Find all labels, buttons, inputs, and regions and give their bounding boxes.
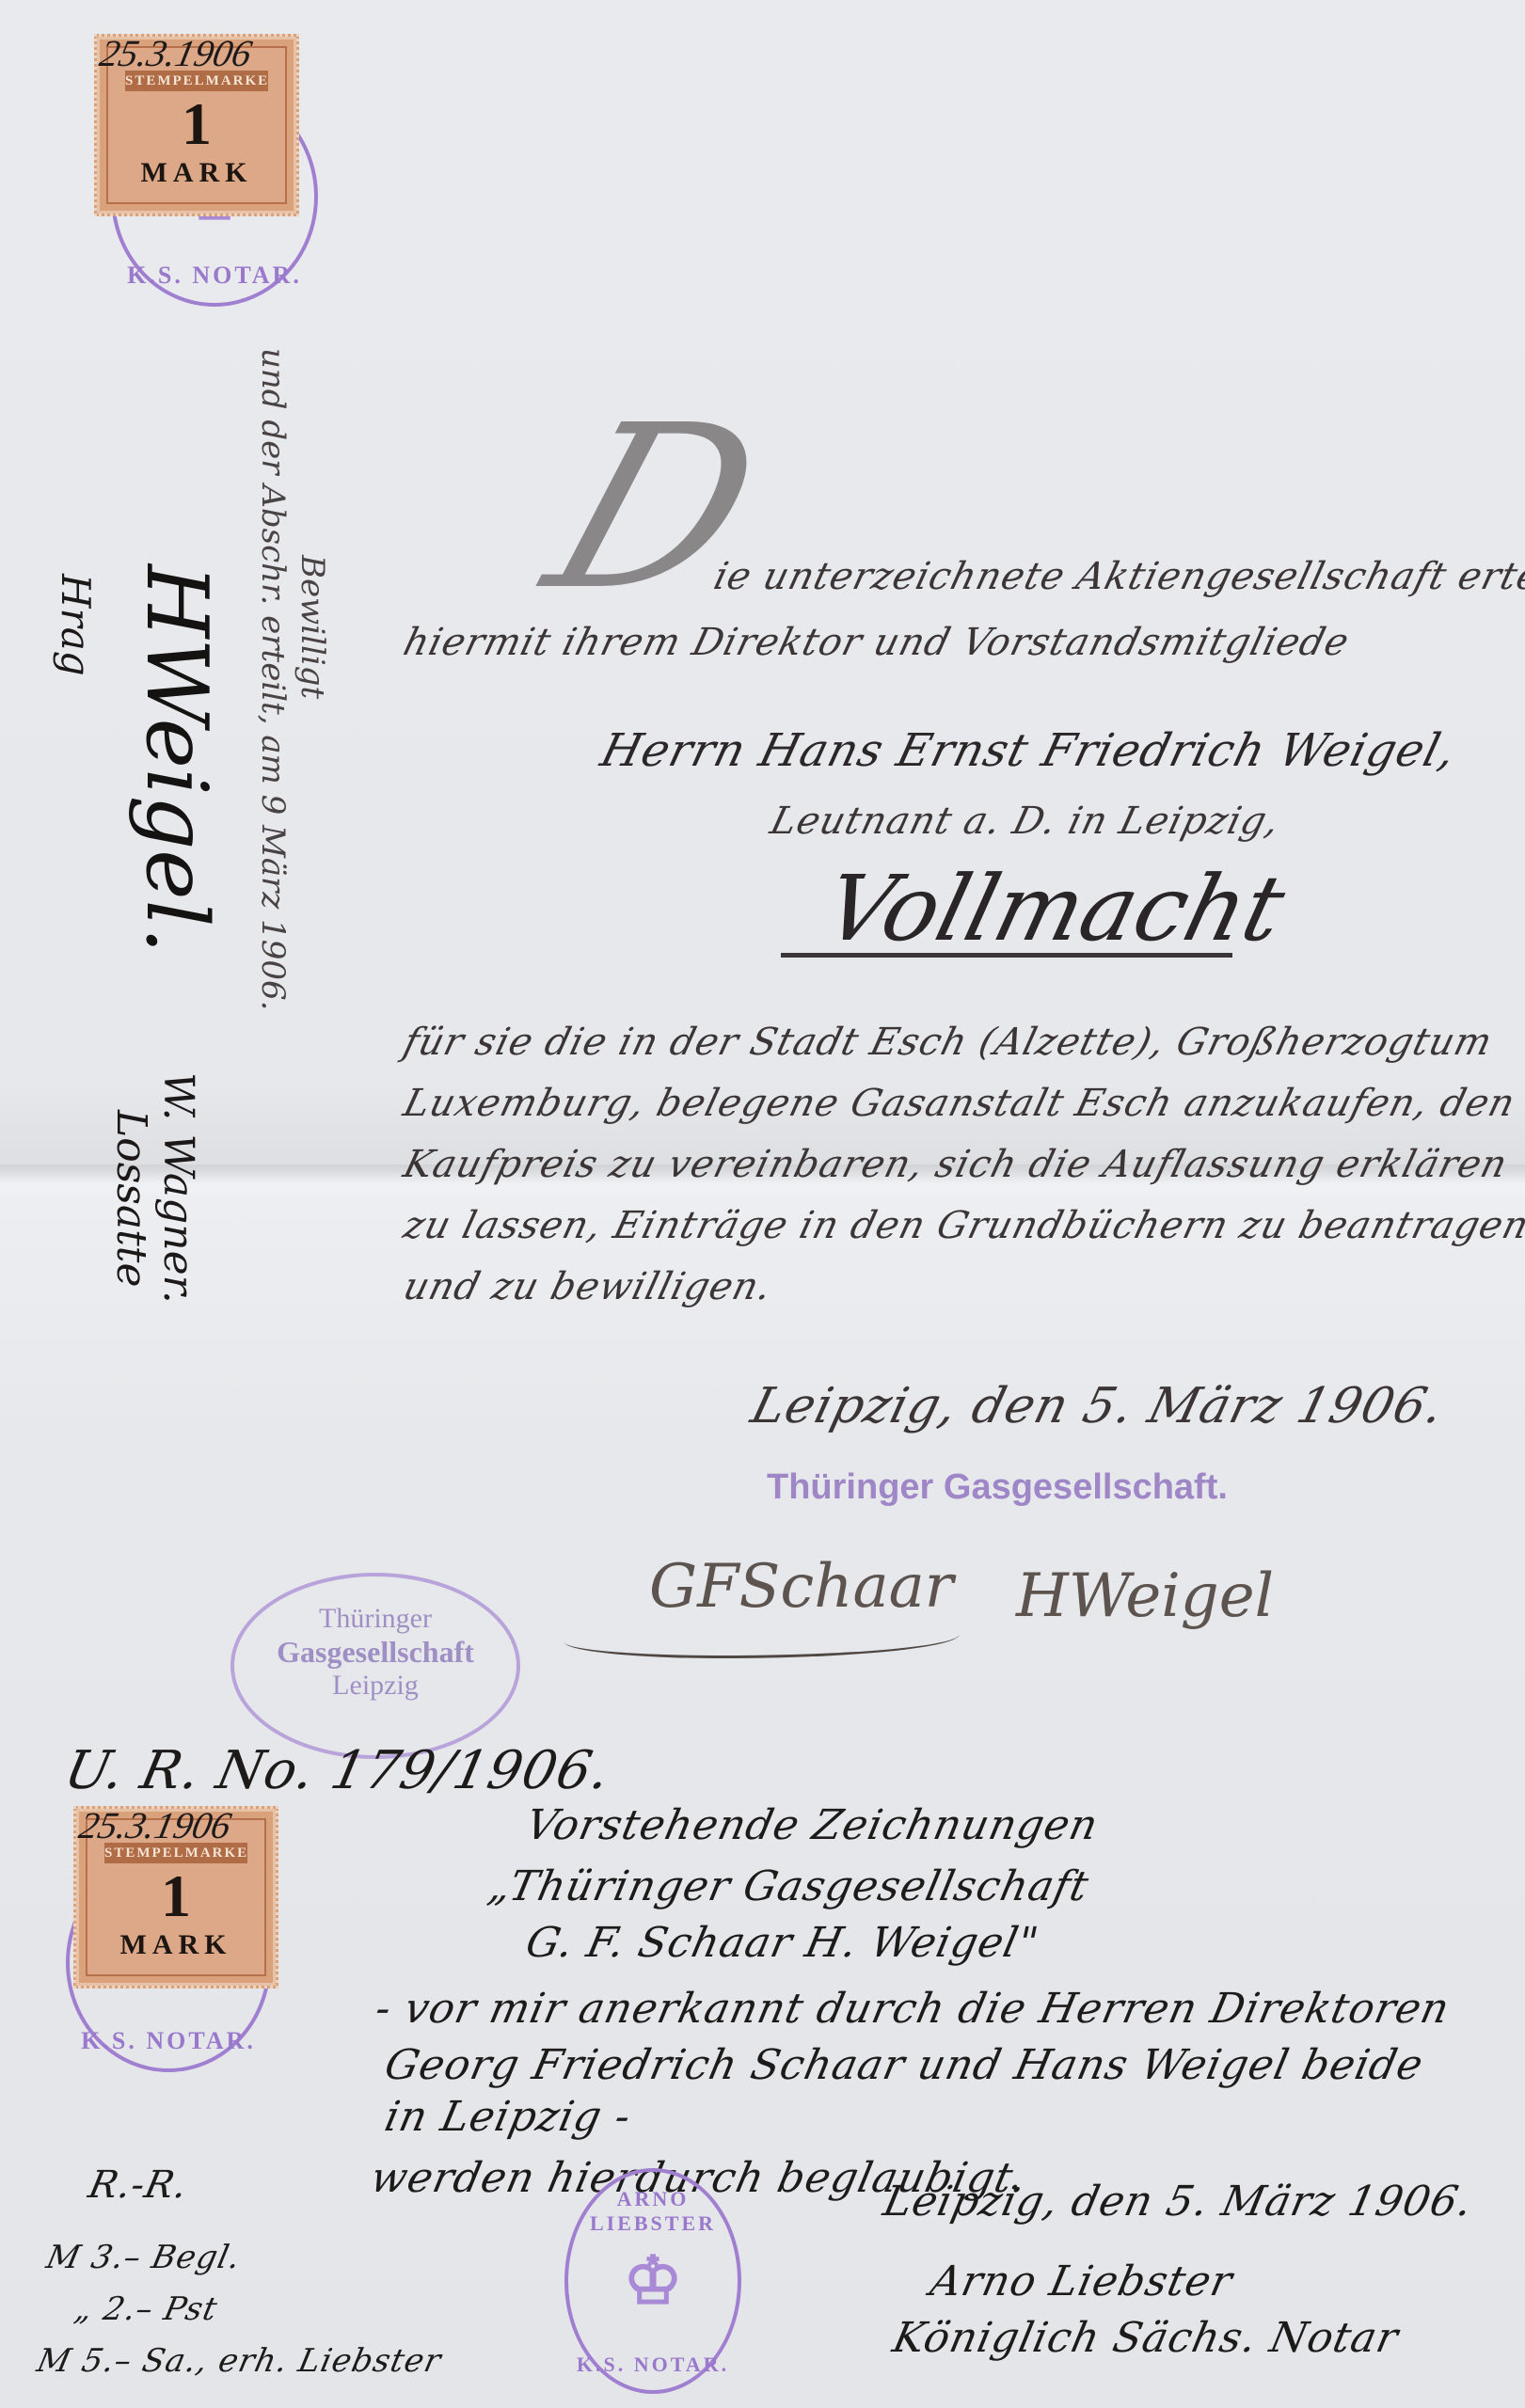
fee-note-2: M 3.– Begl. [43,2239,245,2276]
seal-bottom-text: K.S. NOTAR. [115,261,314,290]
notary-line-3: G. F. Schaar H. Weigel" [522,1919,1043,1967]
purpose-line-2: Luxemburg, belegene Gasanstalt Esch anzu… [399,1082,1519,1125]
notary-seal-bottom: ARNO LIEBSTER ♔ K.S. NOTAR. [564,2168,741,2394]
oval-line-1: Thüringer [234,1603,516,1635]
signature-schaar: GFSchaar [649,1552,953,1622]
seal-bottom-text: K.S. NOTAR. [568,2353,738,2377]
margin-note-1: Bewilligt [294,555,331,699]
body-line-1: ie unterzeichnete Aktiengesellschaft ert… [709,555,1525,598]
fee-note-1: R.-R. [85,2163,192,2207]
title-underline [781,953,1232,958]
body-line-2: hiermit ihrem Direktor und Vorstandsmitg… [399,621,1354,664]
revenue-stamp-top: STEMPELMARKE 1 MARK 25.3.1906 [94,34,299,216]
company-stamp: Thüringer Gasgesellschaft. [767,1467,1228,1508]
purpose-line-4: zu lassen, Einträge in den Grundbüchern … [399,1204,1525,1247]
seal-bottom-text: K.S. NOTAR. [70,2027,267,2055]
crest-icon: ♔ [624,2242,683,2321]
stamp-value: 1 [76,1861,276,1931]
margin-signature-3: Lossatte [107,1110,155,1288]
margin-signature-weigel: HWeigel. [127,564,226,954]
margin-signature-1: Hrag [53,574,99,676]
purpose-line-1: für sie die in der Stadt Esch (Alzette),… [399,1021,1497,1064]
oval-line-3: Leipzig [234,1670,516,1702]
signature-weigel: HWeigel [1016,1561,1274,1631]
stamp-unit: MARK [76,1929,276,1961]
fee-note-3: „ 2.– Pst [71,2290,221,2328]
oval-line-2: Gasgesellschaft [234,1635,516,1670]
notary-place-date: Leipzig, den 5. März 1906. [880,2178,1478,2226]
fee-note-4: M 5.– Sa., erh. Liebster [34,2342,445,2380]
document-title: Vollmacht [815,856,1295,961]
stamp-unit: MARK [97,157,296,189]
notary-line-4: - vor mir anerkannt durch die Herren Dir… [372,1985,1454,2033]
notary-line-2: „Thüringer Gasgesellschaft [485,1862,1093,1910]
seal-top-text: ARNO LIEBSTER [568,2187,738,2236]
notary-name: Arno Liebster [927,2257,1237,2305]
stamp-cancel-date: 25.3.1906 [75,1803,235,1847]
notary-title: Königlich Sächs. Notar [889,2314,1404,2362]
register-number: U. R. No. 179/1906. [59,1740,616,1801]
notary-line-1: Vorstehende Zeichnungen [522,1801,1104,1849]
purpose-line-5: und zu bewilligen. [399,1265,776,1308]
company-oval-stamp: Thüringer Gasgesellschaft Leipzig [230,1573,520,1759]
notary-line-6: in Leipzig - [381,2093,636,2141]
stamp-cancel-date: 25.3.1906 [96,31,256,75]
notary-line-5: Georg Friedrich Schaar und Hans Weigel b… [381,2041,1428,2089]
stamp-value: 1 [97,89,296,159]
purpose-line-3: Kaufpreis zu vereinbaren, sich die Aufla… [399,1143,1512,1186]
revenue-stamp-bottom: STEMPELMARKE 1 MARK 25.3.1906 [73,1806,278,1988]
margin-note-2: und der Abschr. erteilt, am 9 März 1906. [254,348,292,1011]
body-line-4: Leutnant a. D. in Leipzig, [766,800,1284,843]
place-date: Leipzig, den 5. März 1906. [746,1378,1451,1434]
body-line-3: Herrn Hans Ernst Friedrich Weigel, [596,724,1462,777]
margin-signature-wagner: W. Wagner. [154,1072,202,1304]
